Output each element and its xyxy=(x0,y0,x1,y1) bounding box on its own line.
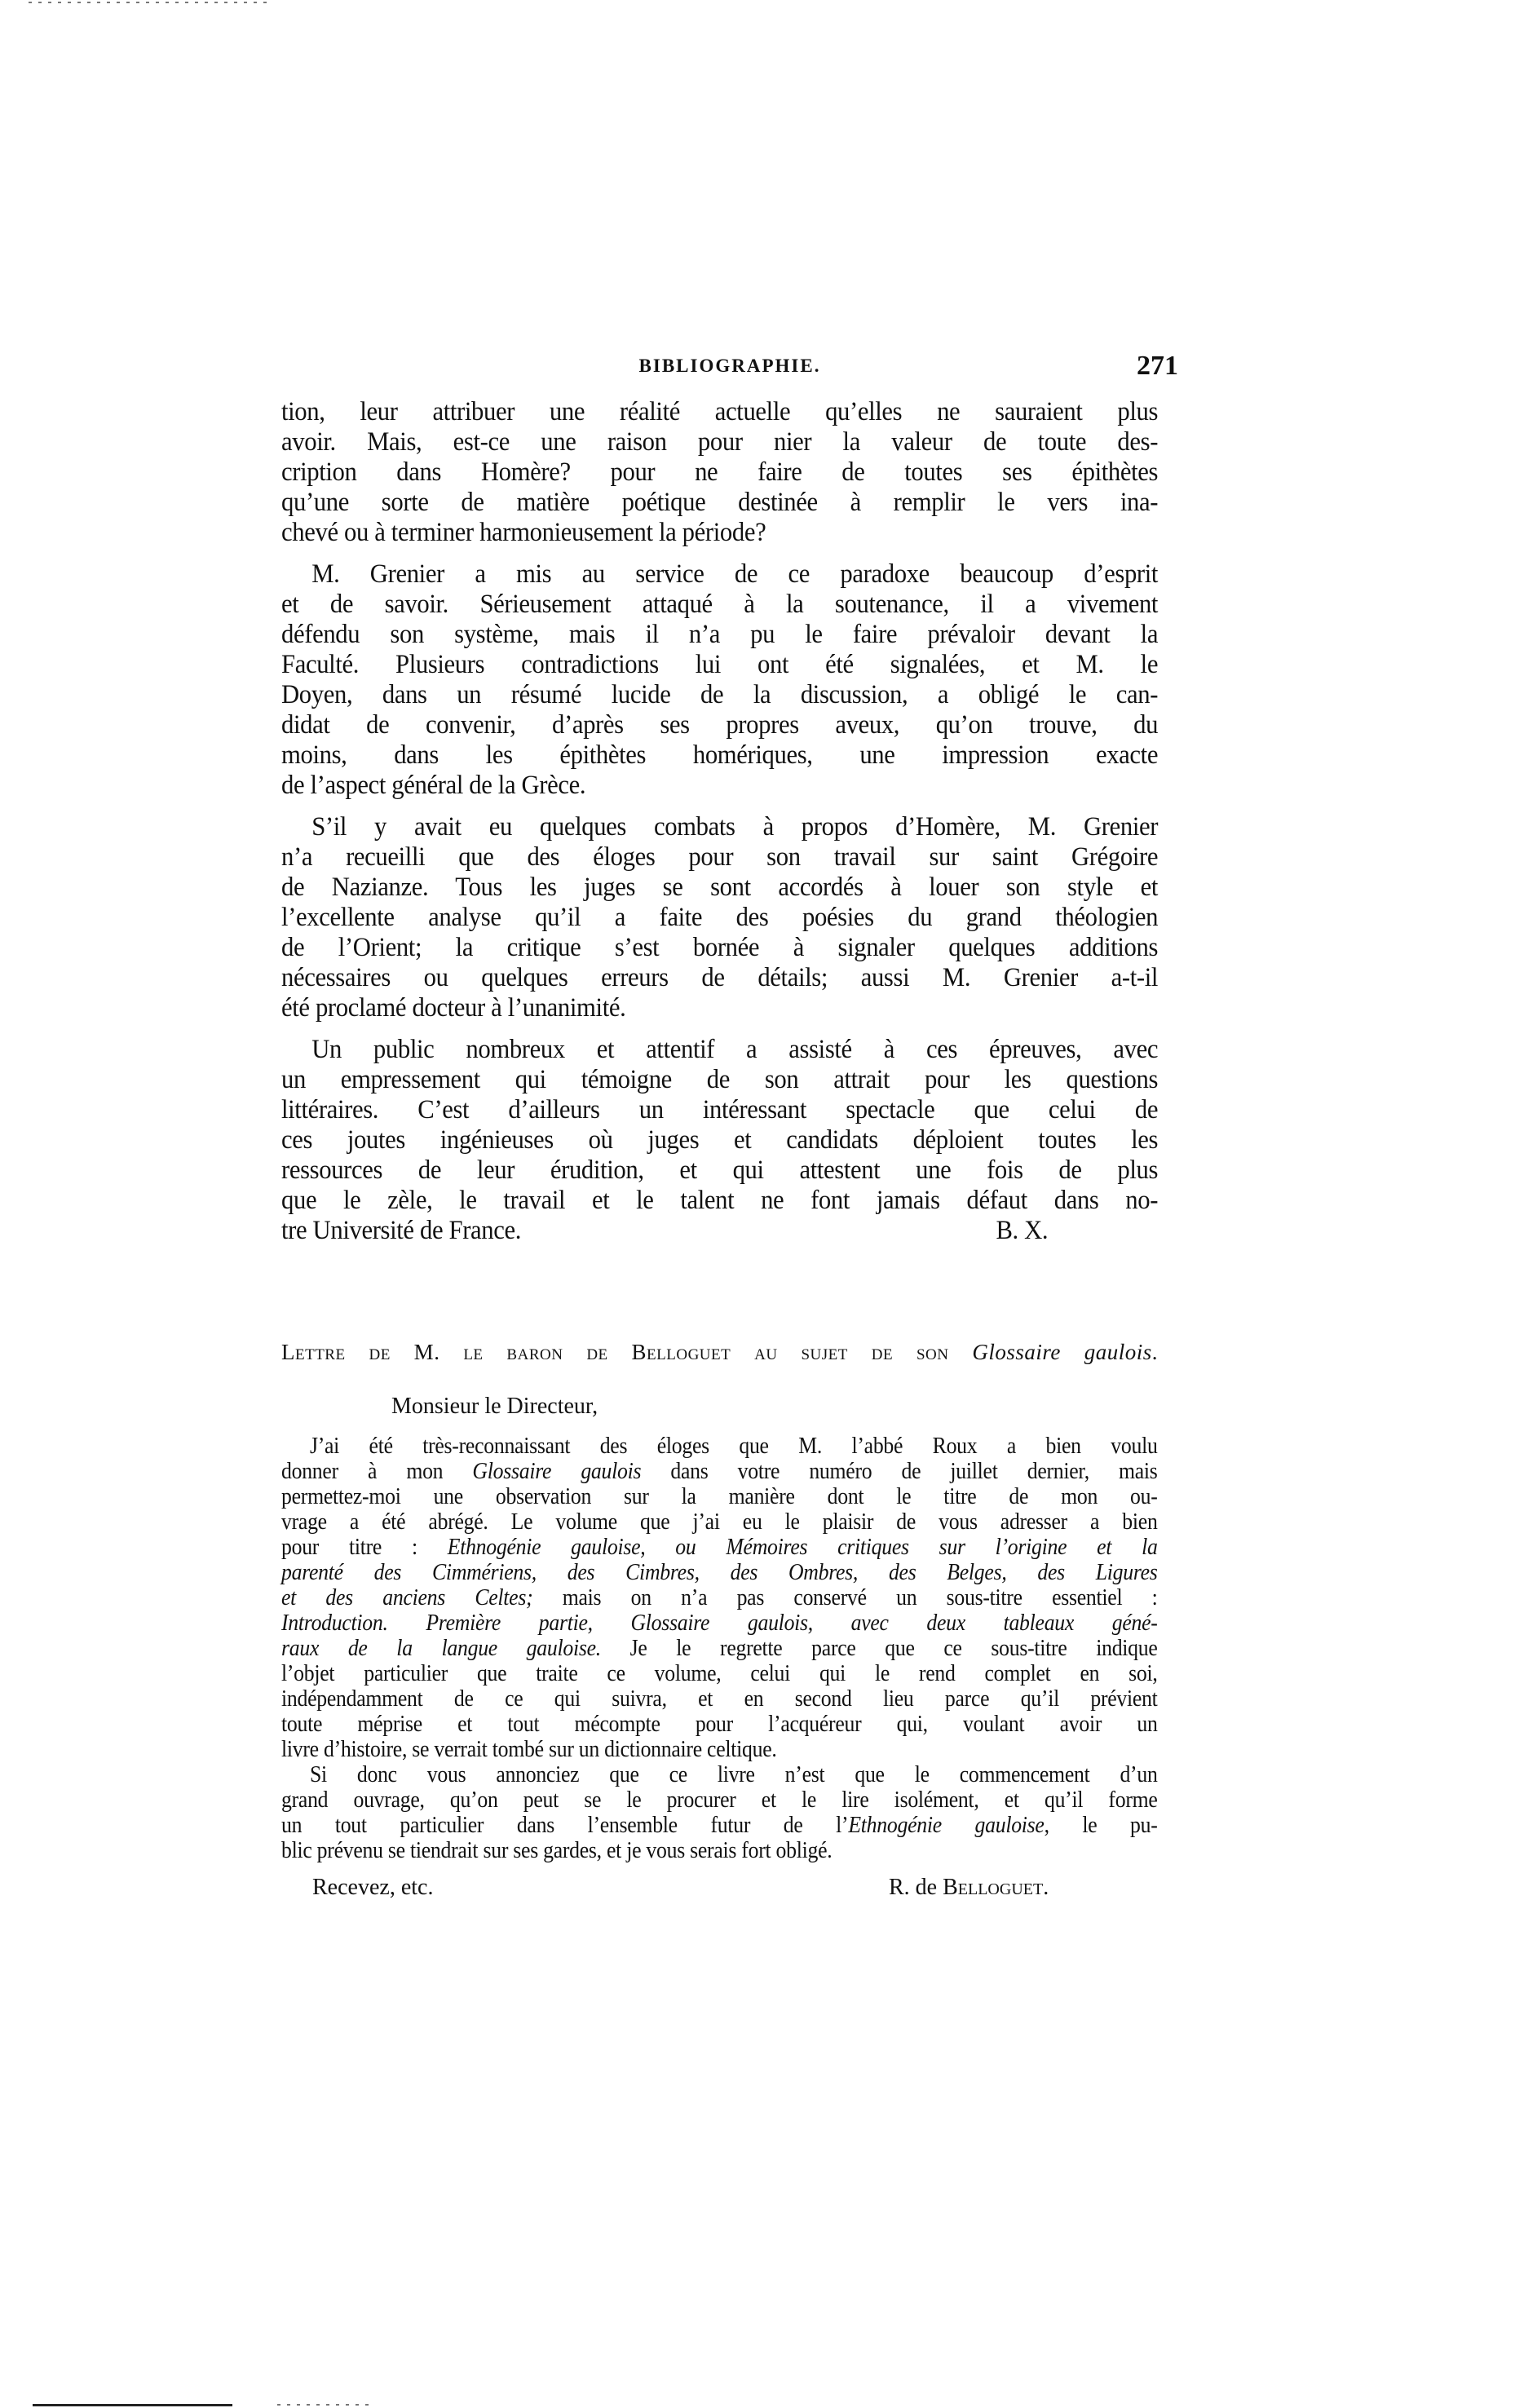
text-line: moins, dans les épithètes homériques, un… xyxy=(281,740,1158,771)
letter-text: livre d’histoire, se verrait tombé sur u… xyxy=(281,1737,777,1762)
letter-text: grand ouvrage, qu’on peut se le procurer… xyxy=(281,1787,1158,1813)
letter-text: mais on n’a pas conservé un sous-titre e… xyxy=(532,1585,1157,1610)
text-line: Faculté. Plusieurs contradictions lui on… xyxy=(281,650,1158,680)
letter-line: grand ouvrage, qu’on peut se le procurer… xyxy=(281,1787,1158,1813)
letter-title-end: . xyxy=(1152,1340,1158,1364)
text-line: été proclamé docteur à l’unanimité. xyxy=(281,993,1158,1023)
paragraph-gap xyxy=(281,548,1158,559)
text-line: M. Grenier a mis au service de ce parado… xyxy=(281,559,1158,590)
italic-title-text: Ethnogénie gauloise, ou Mémoires critiqu… xyxy=(448,1535,1158,1560)
italic-title-text: Introduction. Première partie, Glossaire… xyxy=(281,1610,1158,1636)
letter-line: pour titre : Ethnogénie gauloise, ou Mém… xyxy=(281,1535,1158,1560)
scan-artifact-top xyxy=(29,2,273,3)
text-line: cription dans Homère? pour ne faire de t… xyxy=(281,457,1158,488)
scan-artifact-bottom-dots xyxy=(277,2404,375,2406)
letter-text: donner à mon xyxy=(281,1459,472,1484)
letter-text: toute méprise et tout mécompte pour l’ac… xyxy=(281,1712,1158,1737)
letter-line: l’objet particulier que traite ce volume… xyxy=(281,1661,1158,1686)
letter-line: toute méprise et tout mécompte pour l’ac… xyxy=(281,1712,1158,1737)
text-line: de l’aspect général de la Grèce. xyxy=(281,771,1158,801)
text-line: nécessaires ou quelques erreurs de détai… xyxy=(281,963,1158,993)
letter-text: vrage a été abrégé. Le volume que j’ai e… xyxy=(281,1509,1158,1535)
letter-text: Si donc vous annonciez que ce livre n’es… xyxy=(310,1762,1158,1787)
text-line: n’a recueilli que des éloges pour son tr… xyxy=(281,842,1158,873)
text-line: S’il y avait eu quelques combats à propo… xyxy=(281,812,1158,842)
text-line: ces joutes ingénieuses où juges et candi… xyxy=(281,1125,1158,1155)
signature-initial: R. de xyxy=(889,1875,943,1900)
text-line: et de savoir. Sérieusement attaqué à la … xyxy=(281,590,1158,620)
letter-text: , le pu- xyxy=(1045,1813,1158,1838)
letter-text: Je le regrette parce que ce sous-titre i… xyxy=(601,1636,1158,1661)
signature-name: Belloguet. xyxy=(943,1875,1049,1900)
article-end: tion, leur attribuer une réalité actuell… xyxy=(281,397,1158,1246)
book-page: BIBLIOGRAPHIE. 271 tion, leur attribuer … xyxy=(0,0,1537,2408)
text-line: Doyen, dans un résumé lucide de la discu… xyxy=(281,680,1158,710)
letter-section: Lettre de M. le baron de Belloguet au su… xyxy=(281,1336,1158,1902)
letter-line: indépendamment de ce qui suivra, et en s… xyxy=(281,1686,1158,1712)
letter-line: et des anciens Celtes; mais on n’a pas c… xyxy=(281,1585,1158,1610)
article-paragraph: M. Grenier a mis au service de ce parado… xyxy=(281,559,1158,801)
letter-signature: R. de Belloguet. xyxy=(889,1873,1049,1902)
letter-closing: Recevez, etc. xyxy=(312,1873,433,1902)
letter-text: blic prévenu se tiendrait sur ses gardes… xyxy=(281,1838,832,1863)
text-line: chevé ou à terminer harmonieusement la p… xyxy=(281,518,1158,548)
italic-title-text: raux de la langue gauloise. xyxy=(281,1636,601,1661)
italic-title-text: Ethnogénie gauloise xyxy=(848,1813,1044,1838)
text-line: de Nazianze. Tous les juges se sont acco… xyxy=(281,873,1158,903)
text-line: l’excellente analyse qu’il a faite des p… xyxy=(281,903,1158,933)
letter-text: l’objet particulier que traite ce volume… xyxy=(281,1661,1158,1686)
text-line: avoir. Mais, est-ce une raison pour nier… xyxy=(281,427,1158,457)
letter-text: indépendamment de ce qui suivra, et en s… xyxy=(281,1686,1158,1712)
letter-line: permettez-moi une observation sur la man… xyxy=(281,1484,1158,1509)
article-signature: B. X. xyxy=(996,1216,1048,1246)
letter-text: un tout particulier dans l’ensemble futu… xyxy=(281,1813,848,1838)
letter-title-text: Lettre de M. le baron de Belloguet au su… xyxy=(281,1340,972,1364)
scan-artifact-bottom-rule xyxy=(33,2404,232,2406)
letter-line: vrage a été abrégé. Le volume que j’ai e… xyxy=(281,1509,1158,1535)
letter-line: J’ai été très-reconnaissant des éloges q… xyxy=(281,1434,1158,1459)
text-line: de l’Orient; la critique s’est bornée à … xyxy=(281,933,1158,963)
article-paragraph: Un public nombreux et attentif a assisté… xyxy=(281,1035,1158,1246)
italic-title-text: parenté des Cimmériens, des Cimbres, des… xyxy=(281,1560,1158,1585)
article-paragraph: S’il y avait eu quelques combats à propo… xyxy=(281,812,1158,1023)
article-paragraph: tion, leur attribuer une réalité actuell… xyxy=(281,397,1158,548)
paragraph-gap xyxy=(281,1023,1158,1035)
text-line: Un public nombreux et attentif a assisté… xyxy=(281,1035,1158,1065)
running-head: BIBLIOGRAPHIE. xyxy=(281,356,1178,377)
letter-title-work: Glossaire gaulois xyxy=(972,1340,1151,1364)
page-header: BIBLIOGRAPHIE. 271 xyxy=(281,351,1178,383)
letter-text: J’ai été très-reconnaissant des éloges q… xyxy=(310,1434,1158,1459)
paragraph-gap xyxy=(281,801,1158,812)
italic-title-text: et des anciens Celtes; xyxy=(281,1585,532,1610)
letter-line: Si donc vous annonciez que ce livre n’es… xyxy=(281,1762,1158,1787)
text-line: tre Université de France.B. X. xyxy=(281,1216,1158,1246)
letter-title: Lettre de M. le baron de Belloguet au su… xyxy=(281,1336,1158,1368)
letter-line: livre d’histoire, se verrait tombé sur u… xyxy=(281,1737,1158,1762)
letter-line: blic prévenu se tiendrait sur ses gardes… xyxy=(281,1838,1158,1863)
letter-salutation: Monsieur le Directeur, xyxy=(281,1386,1158,1427)
letter-line: parenté des Cimmériens, des Cimbres, des… xyxy=(281,1560,1158,1585)
page-number: 271 xyxy=(1137,351,1178,382)
letter-line: Introduction. Première partie, Glossaire… xyxy=(281,1610,1158,1636)
text-line: un empressement qui témoigne de son attr… xyxy=(281,1065,1158,1095)
letter-text: dans votre numéro de juillet dernier, ma… xyxy=(641,1459,1157,1484)
text-line: ressources de leur érudition, et qui att… xyxy=(281,1155,1158,1186)
italic-title-text: Glossaire gaulois xyxy=(472,1459,641,1484)
letter-text: pour titre : xyxy=(281,1535,448,1560)
text-line: littéraires. C’est d’ailleurs un intéres… xyxy=(281,1095,1158,1125)
letter-text: permettez-moi une observation sur la man… xyxy=(281,1484,1158,1509)
letter-line: donner à mon Glossaire gaulois dans votr… xyxy=(281,1459,1158,1484)
text-line: qu’une sorte de matière poétique destiné… xyxy=(281,488,1158,518)
letter-line: un tout particulier dans l’ensemble futu… xyxy=(281,1813,1158,1838)
text-line: défendu son système, mais il n’a pu le f… xyxy=(281,620,1158,650)
letter-paragraph: J’ai été très-reconnaissant des éloges q… xyxy=(281,1434,1158,1762)
text-line: tion, leur attribuer une réalité actuell… xyxy=(281,397,1158,427)
letter-paragraph: Si donc vous annonciez que ce livre n’es… xyxy=(281,1762,1158,1863)
letter-line: raux de la langue gauloise. Je le regret… xyxy=(281,1636,1158,1661)
text-line: que le zèle, le travail et le talent ne … xyxy=(281,1186,1158,1216)
letter-closing-line: Recevez, etc.R. de Belloguet. xyxy=(281,1873,1158,1902)
text-line: didat de convenir, d’après ses propres a… xyxy=(281,710,1158,740)
